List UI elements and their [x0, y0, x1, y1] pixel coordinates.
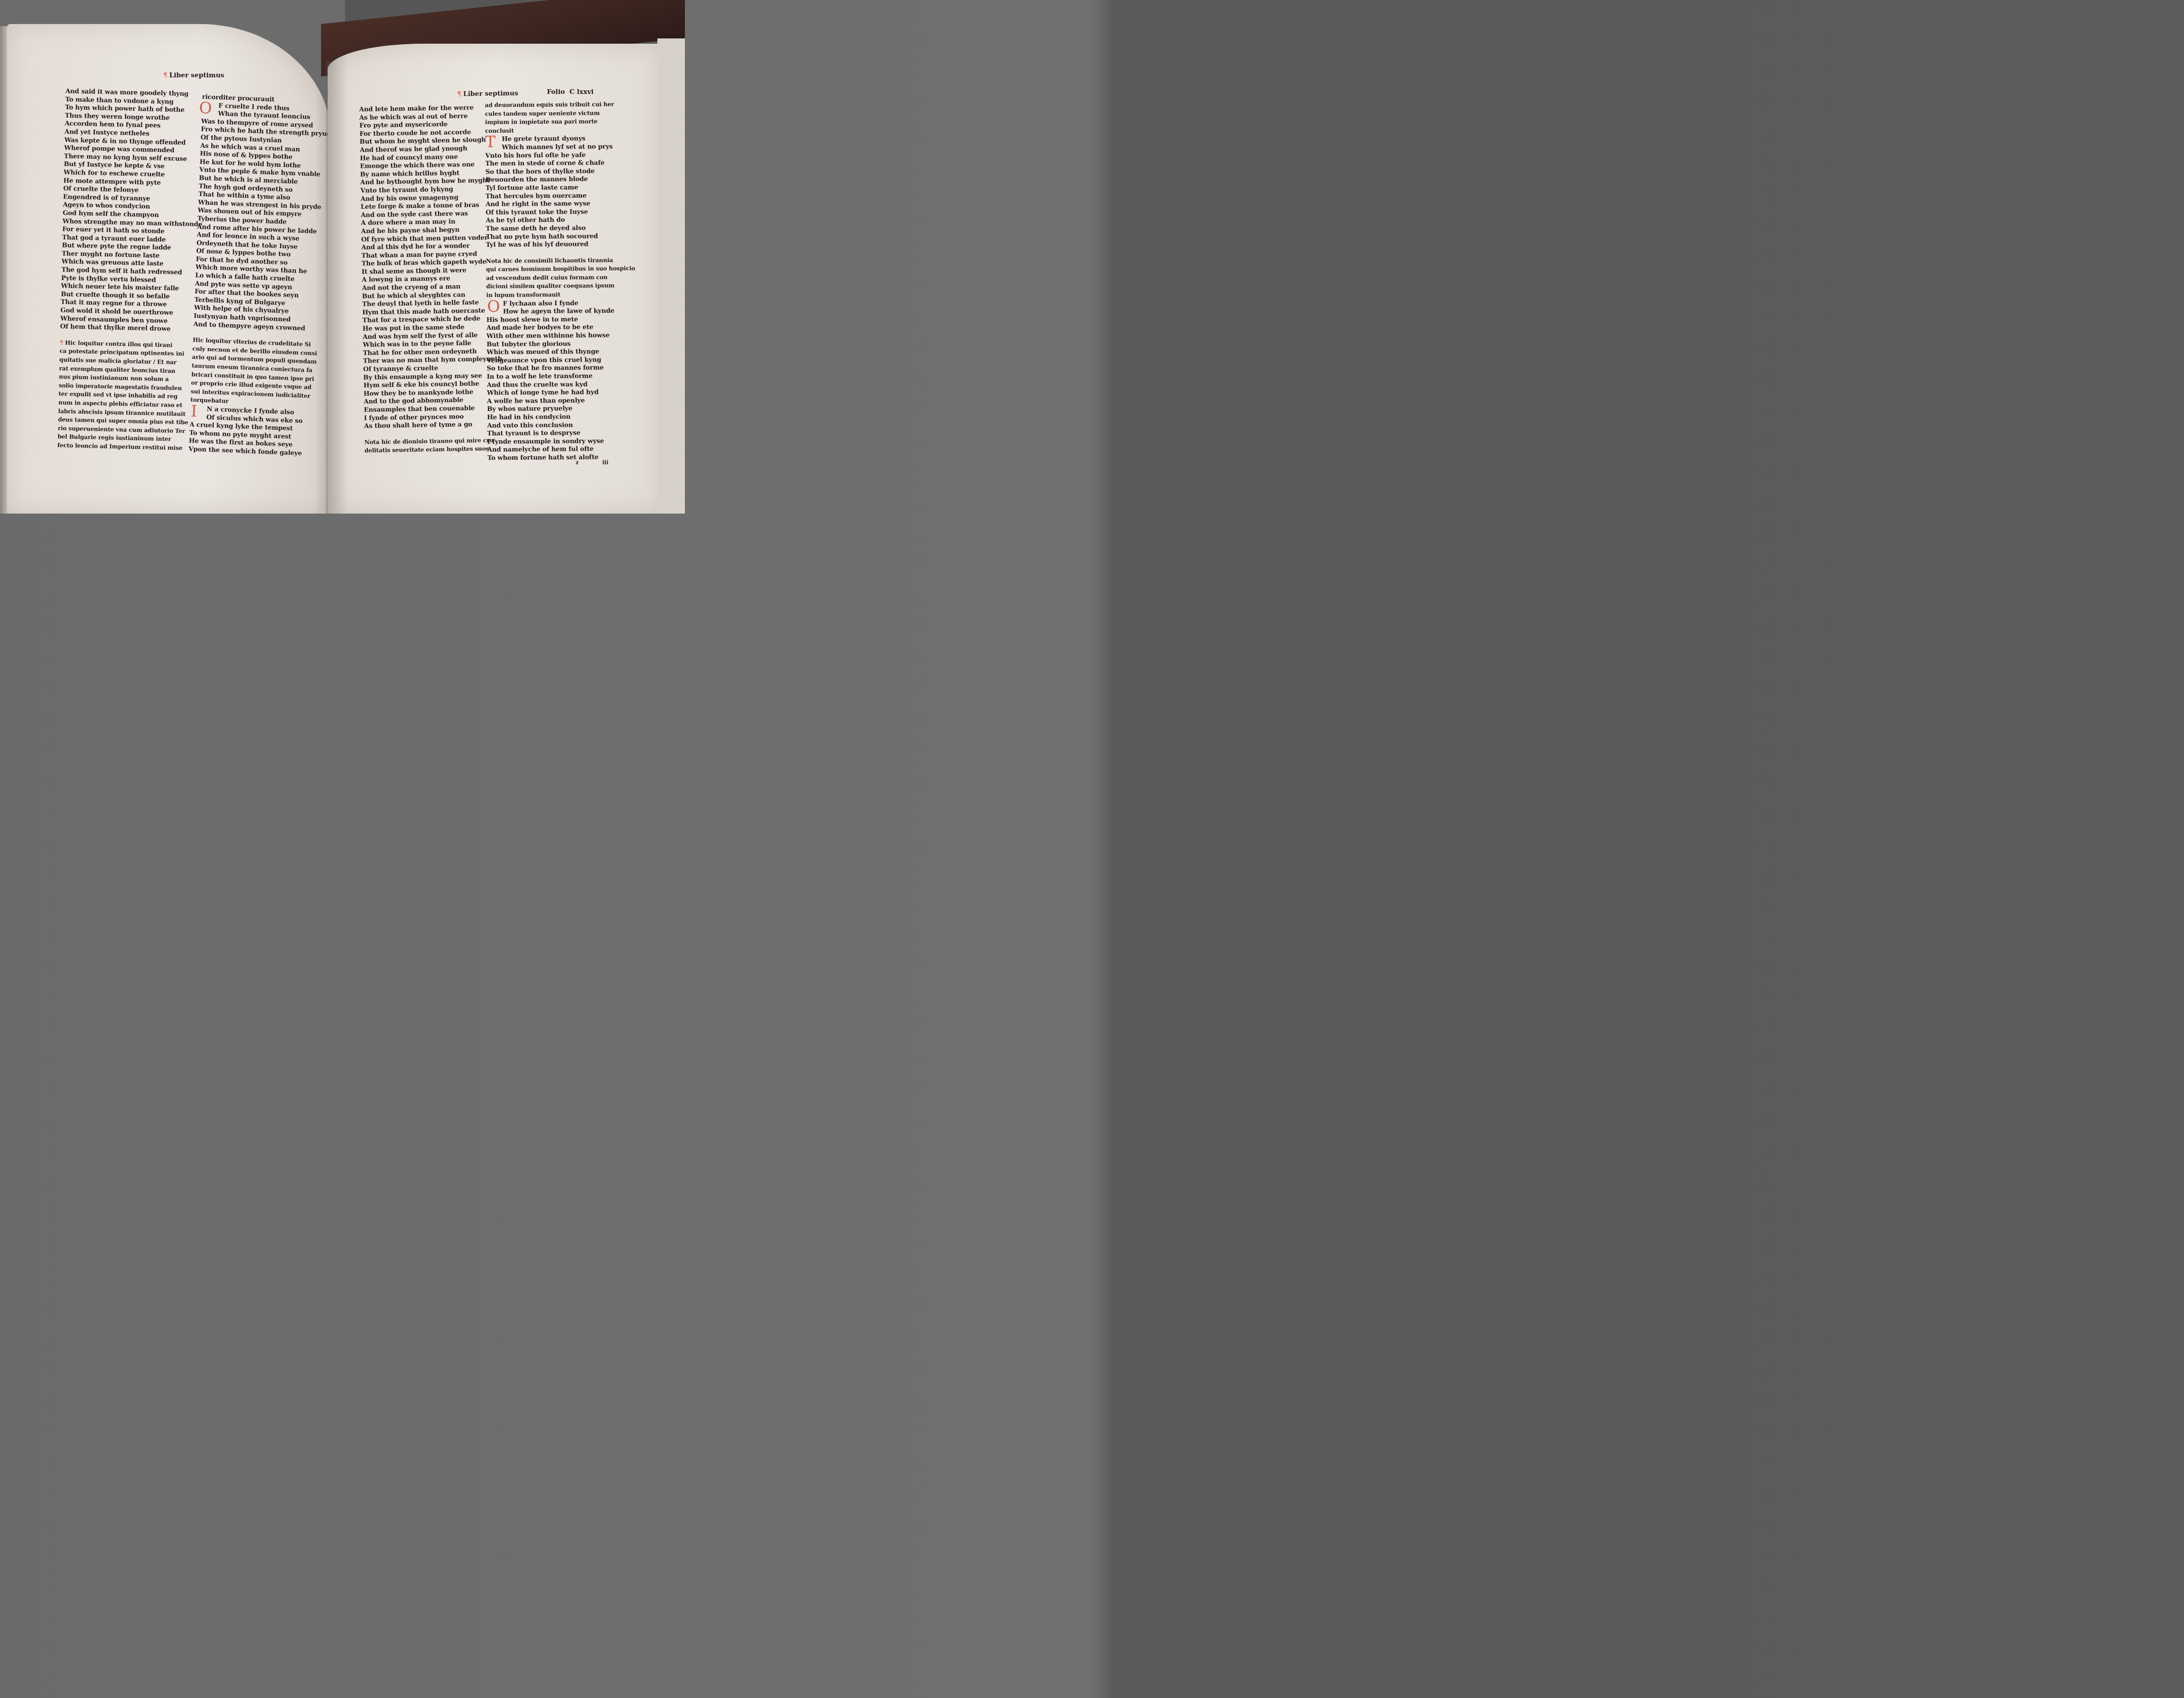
verse-line: The men in stede of corne & chafe — [485, 159, 635, 168]
verse-line: The same deth he deyed also — [486, 224, 635, 233]
verse-line: How he ageyn the lawe of kynde — [486, 307, 636, 316]
book-left-edge — [0, 26, 7, 514]
verse-line: He had in his condycion — [487, 413, 636, 422]
left-running-head: ¶Liber septimus — [163, 71, 224, 79]
verse-line: And vnto this conclusion — [487, 421, 636, 430]
verse-line: I fynde ensaumple in sondry wyse — [487, 437, 636, 446]
verse-line: In to a wolf he lete transforme — [487, 372, 636, 381]
verse-line: And thus the cruelte was kyd — [487, 380, 636, 389]
verse-line: Tyl fortune atte laste came — [485, 183, 635, 193]
verse-line: So that the hors of thylke stode — [485, 167, 635, 176]
verse-line: That hercules hym ouercame — [485, 191, 635, 200]
pilcrow-icon: ¶ — [60, 340, 64, 346]
verse-line: F lychaan also I fynde — [486, 299, 636, 308]
verse-line: By whos nature pryuelye — [487, 404, 636, 414]
rubricated-initial: O — [487, 299, 500, 314]
rubric-note-line: conclusit — [485, 126, 634, 135]
left-page-column-2: ricorditer procurauitOF cruelte I rede t… — [188, 93, 336, 459]
photo-scene: ¶Liber septimus And said it was more goo… — [0, 0, 685, 514]
verse-line: Tyl he was of his lyf deuoured — [486, 240, 635, 249]
pilcrow-icon: ¶ — [163, 71, 168, 79]
verse-line: His hoost slewe in to mete — [486, 315, 636, 324]
verse-line: That tyraunt is to despryse — [487, 429, 636, 438]
rubric-note-line: ad deuorandum equis suis tribuit cui her — [485, 100, 634, 110]
verse-line: As he tyl other hath do — [486, 216, 635, 225]
verse-line: A wolfe he was than openlye — [487, 396, 636, 405]
left-page-column-1: And said it was more goodely thyngTo mak… — [57, 87, 205, 453]
pilcrow-icon: ¶ — [457, 90, 462, 98]
verse-line: And made her bodyes to be ete — [487, 323, 636, 332]
verse-line: And he right in the same wyse — [486, 200, 635, 209]
verse-line: Which was meued of this thynge — [487, 348, 636, 357]
verse-line: Vengeaunce vpon this cruel kyng — [487, 355, 636, 365]
rubric-note-line: ad vescendum dedit cuius formam con — [486, 273, 636, 283]
right-fore-edge — [657, 38, 685, 514]
signature-mark: z iii — [576, 459, 608, 466]
verse-line: To whom fortune hath set alofte — [487, 453, 637, 462]
rubric-note-line: in lupum transformauit — [486, 290, 636, 300]
verse-line: So toke that he fro mannes forme — [487, 364, 636, 373]
folio-number: Folio C lxxvi — [547, 88, 594, 96]
verse-line: But Iubyter the glorious — [487, 339, 636, 349]
verse-line: With other men withinne his howse — [487, 331, 636, 341]
verse-line: Which of longe tyme he had hyd — [487, 388, 636, 397]
verse-line: And namelyche of hem ful ofte — [487, 445, 637, 454]
right-page-column-2: ad deuorandum equis suis tribuit cui her… — [485, 100, 636, 462]
verse-line: He grete tyraunt dyonys — [485, 135, 635, 144]
rubric-note-line: Nota hic de consimili lichaontis tiranni… — [486, 256, 635, 266]
stanza-gap — [486, 248, 635, 257]
rubric-note-line: dicioni similem qualiter coequans ipsum — [486, 282, 636, 291]
rubricated-initial: T — [485, 135, 496, 150]
rubric-note-line: cules tandem super ueniente victum — [485, 109, 634, 118]
verse-line: Which mannes lyf set at no prys — [485, 143, 635, 152]
verse-line: Vnto his hors ful ofte he yafe — [485, 151, 635, 160]
rubric-note-line: impium in impietate sua pari morte — [485, 117, 634, 127]
verse-line: That no pyte hym hath socoured — [486, 232, 635, 241]
right-running-head: ¶Liber septimus — [457, 89, 518, 98]
verse-line: Deuourden the mannes blode — [485, 175, 635, 184]
right-page-column-1: And lete hem make for the werreAs he whi… — [359, 104, 504, 456]
rubric-note-line: qui carnes hominum hospitibus in suo hos… — [486, 265, 636, 274]
verse-line: Of this tyraunt toke the Iuyse — [486, 207, 635, 217]
rubricated-initial: I — [190, 404, 197, 420]
rubricated-initial: O — [199, 100, 212, 116]
